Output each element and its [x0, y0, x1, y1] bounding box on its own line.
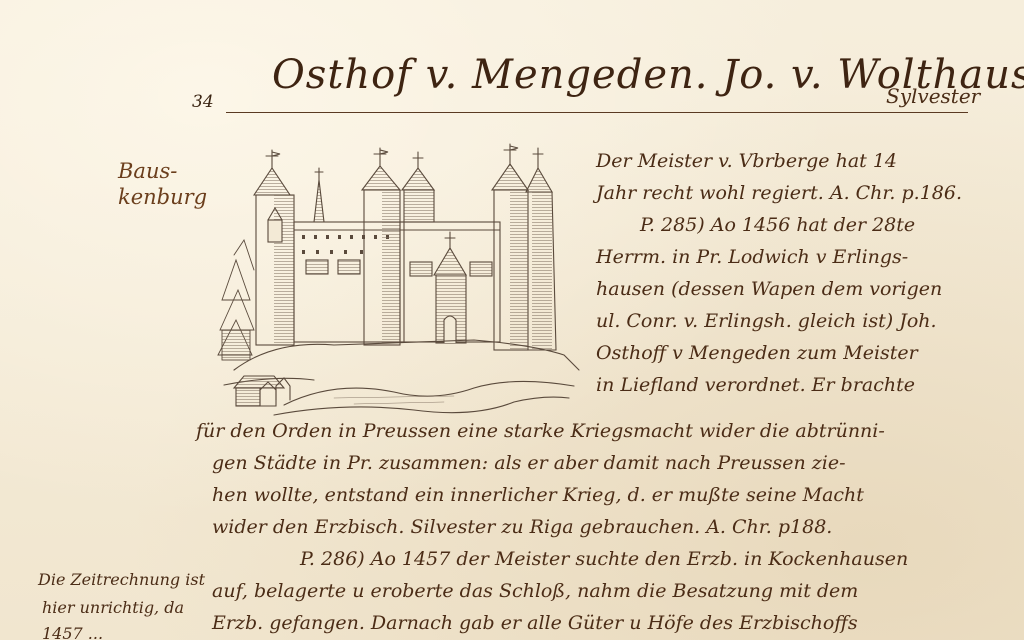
body-line-8: in Liefland verordnet. Er brachte — [596, 374, 915, 396]
body-line-9: für den Orden in Preussen eine starke Kr… — [196, 420, 885, 442]
body-line-5: hausen (dessen Wapen dem vorigen — [596, 278, 942, 300]
body-line-12: wider den Erzbisch. Silvester zu Riga ge… — [212, 516, 832, 538]
margin-note-line-1: Die Zeitrechnung ist — [38, 570, 205, 589]
running-head: Sylvester — [886, 84, 980, 108]
body-line-10: gen Städte in Pr. zusammen: als er aber … — [212, 452, 846, 474]
body-line-4: Herrm. in Pr. Lodwich v Erlings- — [596, 246, 908, 268]
body-line-6: ul. Conr. v. Erlingsh. gleich ist) Joh. — [596, 310, 937, 332]
page-number: 34 — [192, 92, 214, 112]
margin-heading: Baus- kenburg — [118, 158, 207, 210]
body-line-13: P. 286) Ao 1457 der Meister suchte den E… — [300, 548, 908, 570]
body-line-2: Jahr recht wohl regiert. A. Chr. p.186. — [596, 182, 962, 204]
castle-drawing-icon — [214, 140, 584, 420]
margin-note-line-3: 1457 ... — [42, 624, 103, 640]
title-rule — [226, 112, 968, 113]
body-line-1: Der Meister v. Vbrberge hat 14 — [596, 150, 897, 172]
body-line-7: Osthoff v Mengeden zum Meister — [596, 342, 918, 364]
body-line-11: hen wollte, entstand ein innerlicher Kri… — [212, 484, 864, 506]
body-line-14: auf, belagerte u eroberte das Schloß, na… — [212, 580, 858, 602]
margin-note-line-2: hier unrichtig, da — [42, 598, 184, 617]
body-line-3: P. 285) Ao 1456 hat der 28te — [640, 214, 915, 236]
body-line-15: Erzb. gefangen. Darnach gab er alle Güte… — [212, 612, 858, 634]
